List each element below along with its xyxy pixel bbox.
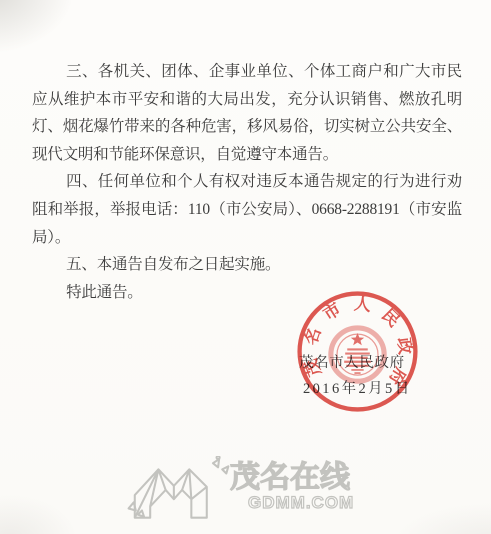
watermark-site-name: 茂名在线 (230, 462, 370, 494)
notice-paragraph-4: 四、任何单位和个人有权对违反本通告规定的行为进行劝阻和举报，举报电话：110（市… (32, 168, 462, 251)
triangulated-m-logo-icon (126, 456, 232, 528)
notice-paragraph-3: 三、各机关、团体、企事业单位、个体工商户和广大市民应从维护本市平安和谐的大局出发… (32, 58, 462, 168)
seal-ring-char: 茂 (301, 356, 325, 378)
seal-ring-char: 政 (394, 336, 416, 355)
watermark-site-domain: GDMM.COM (230, 494, 370, 512)
seal-ring-char: 市 (319, 298, 344, 324)
notice-paragraph-5: 五、本通告自发布之日起实施。 (32, 251, 462, 279)
scanned-notice-page: 三、各机关、团体、企事业单位、个体工商户和广大市民应从维护本市平安和谐的大局出发… (0, 0, 491, 534)
site-watermark: 茂名在线 GDMM.COM (126, 450, 376, 530)
government-seal: 茂名市人民政府 (296, 290, 419, 413)
national-emblem-icon (331, 328, 384, 381)
seal-ring-char: 人 (353, 294, 372, 315)
seal-ring-char: 府 (385, 364, 411, 389)
watermark-text: 茂名在线 GDMM.COM (230, 462, 370, 512)
notice-body: 三、各机关、团体、企事业单位、个体工商户和广大市民应从维护本市平安和谐的大局出发… (32, 58, 462, 306)
